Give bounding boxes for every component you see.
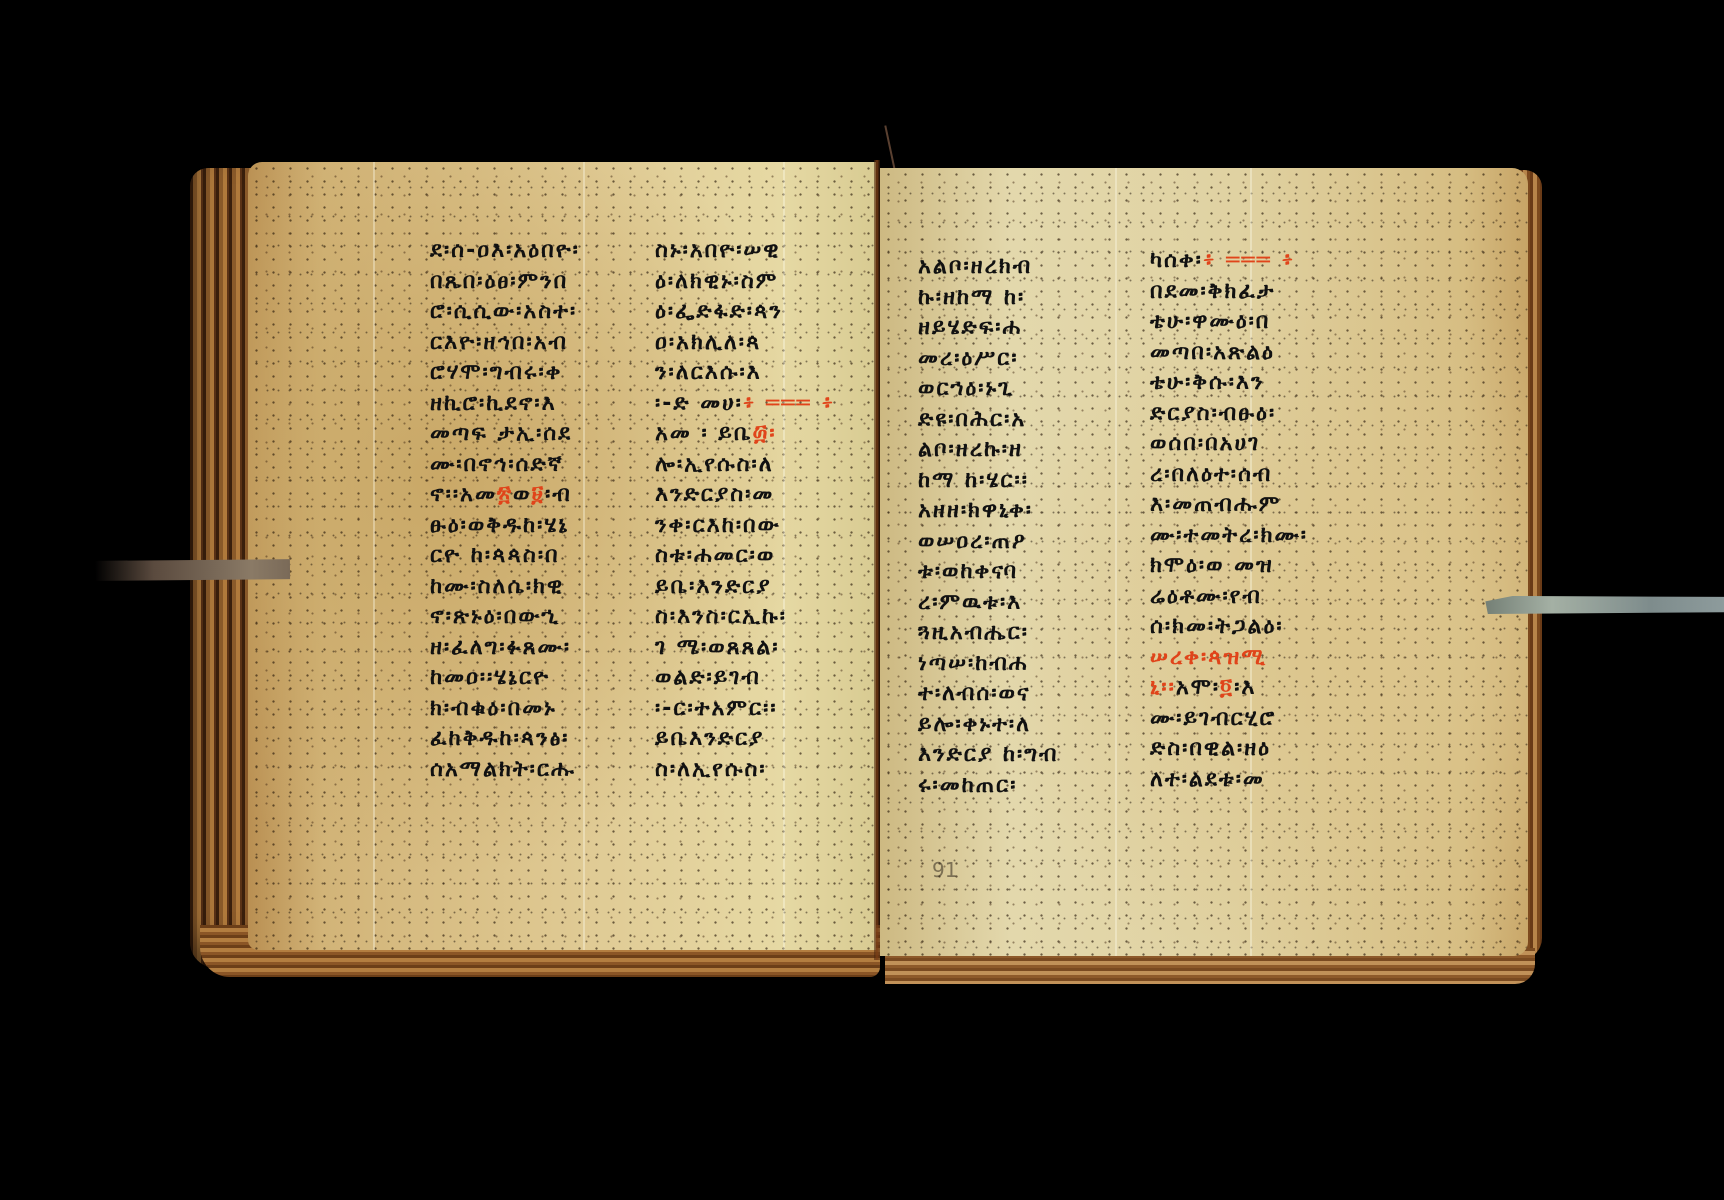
text-line: በጼበ፡ዕፀ፡ምንበ [430, 267, 580, 298]
text-segment: አሞ፡ [1176, 675, 1220, 700]
text-line: ስ፡ለኢየሱስ፡ [655, 755, 835, 786]
text-line: ተ፡ለብሰ፡ወና [918, 679, 1058, 710]
text-line: ረ፡በለዕተ፡ሰብ [1150, 460, 1308, 491]
text-line: ስ፡እንስ፡ርኢኩ፡ [655, 602, 835, 633]
rubric-numeral: ፳ [497, 482, 513, 507]
text-line: ሎ፡ኢየሱስ፡ለ [655, 450, 835, 481]
text-segment: አመ ፡ ይቤ [655, 421, 752, 446]
text-line: ገ ሜ፡ወጸጸል፡ [655, 633, 835, 664]
text-line: አልቦ፡ዘረክብ [918, 252, 1058, 283]
bookmark-ribbon-left [95, 559, 290, 581]
text-line-with-rubric: ካሰቀ፡፥ ═══ ፥ [1150, 246, 1308, 277]
text-segment: ኖ፡፡አመ [430, 482, 497, 507]
text-line: ሩ፡መከጠር፡ [918, 771, 1058, 802]
text-line: ዘኪሮ፡ኪደኖ፡እ [430, 389, 580, 420]
text-line: ርዮ ከ፡ጳጳስ፡በ [430, 541, 580, 572]
text-line: ቴሁ፡ቅሱ፡እን [1150, 368, 1308, 399]
rubric-ornament: ፥ ═══ ፥ [743, 391, 835, 416]
text-line: ንቀ፡ርእከ፡በው [655, 511, 835, 542]
text-line: ከመዐ፡፡ሄኔርዮ [430, 663, 580, 694]
text-line: ሰ፡ክመ፡ትጋልዕ፡ [1150, 612, 1308, 643]
text-line: ዘይሄድፍ፡ሐ [918, 313, 1058, 344]
gutter [874, 160, 880, 960]
text-line: ሙ፡በኖኅ፡ሰድኛ [430, 450, 580, 481]
text-line: ሮ፡ሲሲው፡አስተ፡ [430, 297, 580, 328]
rubric-segment: ኒ፡፡ [1150, 675, 1176, 700]
text-line: ይሎ፡ቀኑተ፡ለ [918, 710, 1058, 741]
text-segment: ፡-ድ መሀ፡ [655, 391, 743, 416]
text-line: ሬዕቶሙ፡የብ [1150, 582, 1308, 613]
text-line: ቴሁ፡ዋሙዕ፡በ [1150, 307, 1308, 338]
text-line: ኖ፡ጽኑዕ፡በውኂ [430, 602, 580, 633]
open-manuscript: ደ፡ሰ‐ዐእ፡አዕበዮ፡ በጼበ፡ዕፀ፡ምንበ ሮ፡ሲሲው፡አስተ፡ ርእዮ፡ዘ… [0, 0, 1724, 1200]
text-line: ክሞዕ፡ወ መዝ [1150, 551, 1308, 582]
text-line: መረ፡ዕሥር፡ [918, 344, 1058, 375]
text-line: ረ፡ምዉቱ፡እ [918, 588, 1058, 619]
ruling-line [583, 162, 585, 950]
text-line: ወርኀዕ፡ኑጊ [918, 374, 1058, 405]
text-line: እ፡መጠብሑም [1150, 490, 1308, 521]
text-line: ነጣሠ፡ከብሐ [918, 649, 1058, 680]
text-line: ወሰበ፡በአሀገ [1150, 429, 1308, 460]
text-line: ወልድ፡ይገብ [655, 663, 835, 694]
text-segment: ፡እ [1234, 675, 1256, 700]
text-line: ሙ፡ተመትረ፡ክሙ፡ [1150, 521, 1308, 552]
right-page-column-2: ካሰቀ፡፥ ═══ ፥ በደመ፡ቅክፈታ ቴሁ፡ዋሙዕ፡በ መጣበ፡አጽልዕ ቴ… [1150, 246, 1308, 795]
text-line: ሮሃሞ፡ግብሩ፡ቀ [430, 358, 580, 389]
text-line: ኩ፡ዘከማ ከ፡ [918, 283, 1058, 314]
text-line-with-rubric: ፡-ድ መሀ፡፥ ═══ ፥ [655, 389, 835, 420]
text-line: ይቤእንድርያ [655, 724, 835, 755]
left-page-column-2: ስኑ፡አበዮ፡ሠዊ ዕ፡ለክዊኑ፡ስም ዕ፡ፌድፋድ፡ጳን ዐ፡አክሊለ፡ጳ ን… [655, 236, 835, 785]
text-line: ስኑ፡አበዮ፡ሠዊ [655, 236, 835, 267]
text-line: ቱ፡ወከቀናባ [918, 557, 1058, 588]
text-line: ዕ፡ለክዊኑ፡ስም [655, 267, 835, 298]
text-line: ፈከቅዱከ፡ጳንፅ፡ [430, 724, 580, 755]
text-line: ከማ ከ፡ሄር፡፡ [918, 466, 1058, 497]
text-line: ድርያስ፡ብፁዕ፡ [1150, 399, 1308, 430]
text-line: ልቦ፡ዘረኩ፡ዘ [918, 435, 1058, 466]
text-line: መጣበ፡አጽልዕ [1150, 338, 1308, 369]
text-line: ፁዕ፡ወቅዱከ፡ሄኔ [430, 511, 580, 542]
text-line: ደ፡ሰ‐ዐእ፡አዕበዮ፡ [430, 236, 580, 267]
right-page-column-1: አልቦ፡ዘረክብ ኩ፡ዘከማ ከ፡ ዘይሄድፍ፡ሐ መረ፡ዕሥር፡ ወርኀዕ፡ኑ… [918, 252, 1058, 801]
ruling-line [373, 162, 375, 950]
rubric-numeral: ፱ [531, 482, 545, 507]
rubric-line: ሠረቀ፡ጳዝሚ [1150, 643, 1308, 674]
text-line: ክ፡ብቁዕ፡በመኑ [430, 694, 580, 725]
rubric-ornament: ፥ ═══ ፥ [1203, 248, 1295, 273]
text-line-with-rubric: አመ ፡ ይቤ፴፡ [655, 419, 835, 450]
text-line: እንድርያስ፡መ [655, 480, 835, 511]
text-line: መጣፍ ታኢ፡ሰደ [430, 419, 580, 450]
text-line: ድዩ፡በሕር፡አ [918, 405, 1058, 436]
text-line: እንድርያ ከ፡ግብ [918, 740, 1058, 771]
left-page-column-1: ደ፡ሰ‐ዐእ፡አዕበዮ፡ በጼበ፡ዕፀ፡ምንበ ሮ፡ሲሲው፡አስተ፡ ርእዮ፡ዘ… [430, 236, 580, 785]
text-line: ሰአማልክት፡ርሑ [430, 755, 580, 786]
text-line: ጓዚአብሔር፡ [918, 618, 1058, 649]
bookmark-ribbon-right [1478, 596, 1724, 614]
text-line: ከሙ፡ስለሴ፡ክዊ [430, 572, 580, 603]
text-line: ዕ፡ፌድፋድ፡ጳን [655, 297, 835, 328]
rubric-numeral: ፬ [1220, 675, 1234, 700]
text-line-with-rubric: ኒ፡፡አሞ፡፬፡እ [1150, 673, 1308, 704]
pencil-folio-mark: 91 [932, 858, 957, 882]
text-line: ድስ፡በዊል፡ዘዕ [1150, 734, 1308, 765]
text-line-with-rubric: ኖ፡፡አመ፳ወ፱፡ብ [430, 480, 580, 511]
text-line: ዐ፡አክሊለ፡ጳ [655, 328, 835, 359]
text-line: ርእዮ፡ዘኅበ፡አብ [430, 328, 580, 359]
text-line: ፡-ር፡ተአምር፡፡ [655, 694, 835, 725]
text-line: በደመ፡ቅክፈታ [1150, 277, 1308, 308]
text-line: ስቱ፡ሐመር፡ወ [655, 541, 835, 572]
text-segment: ካሰቀ፡ [1150, 248, 1203, 273]
text-line: ወሠዐረ፡ጠዖ [918, 527, 1058, 558]
text-line: ዘ፡ፈለግ፡ፉጸሙ፡ [430, 633, 580, 664]
text-line: ይቤ፡እንድርያ [655, 572, 835, 603]
text-line: አዘዘ፡ክዋኒቀ፡ [918, 496, 1058, 527]
ruling-line [1115, 168, 1117, 956]
text-line: ለተ፡ልደቱ፡መ [1150, 765, 1308, 796]
text-line: ን፡ለርእሱ፡እ [655, 358, 835, 389]
text-segment: ፡ብ [545, 482, 572, 507]
text-segment: ወ [513, 482, 531, 507]
text-line: ሙ፡ይገብርሂሮ [1150, 704, 1308, 735]
rubric-numeral: ፴፡ [752, 421, 776, 446]
